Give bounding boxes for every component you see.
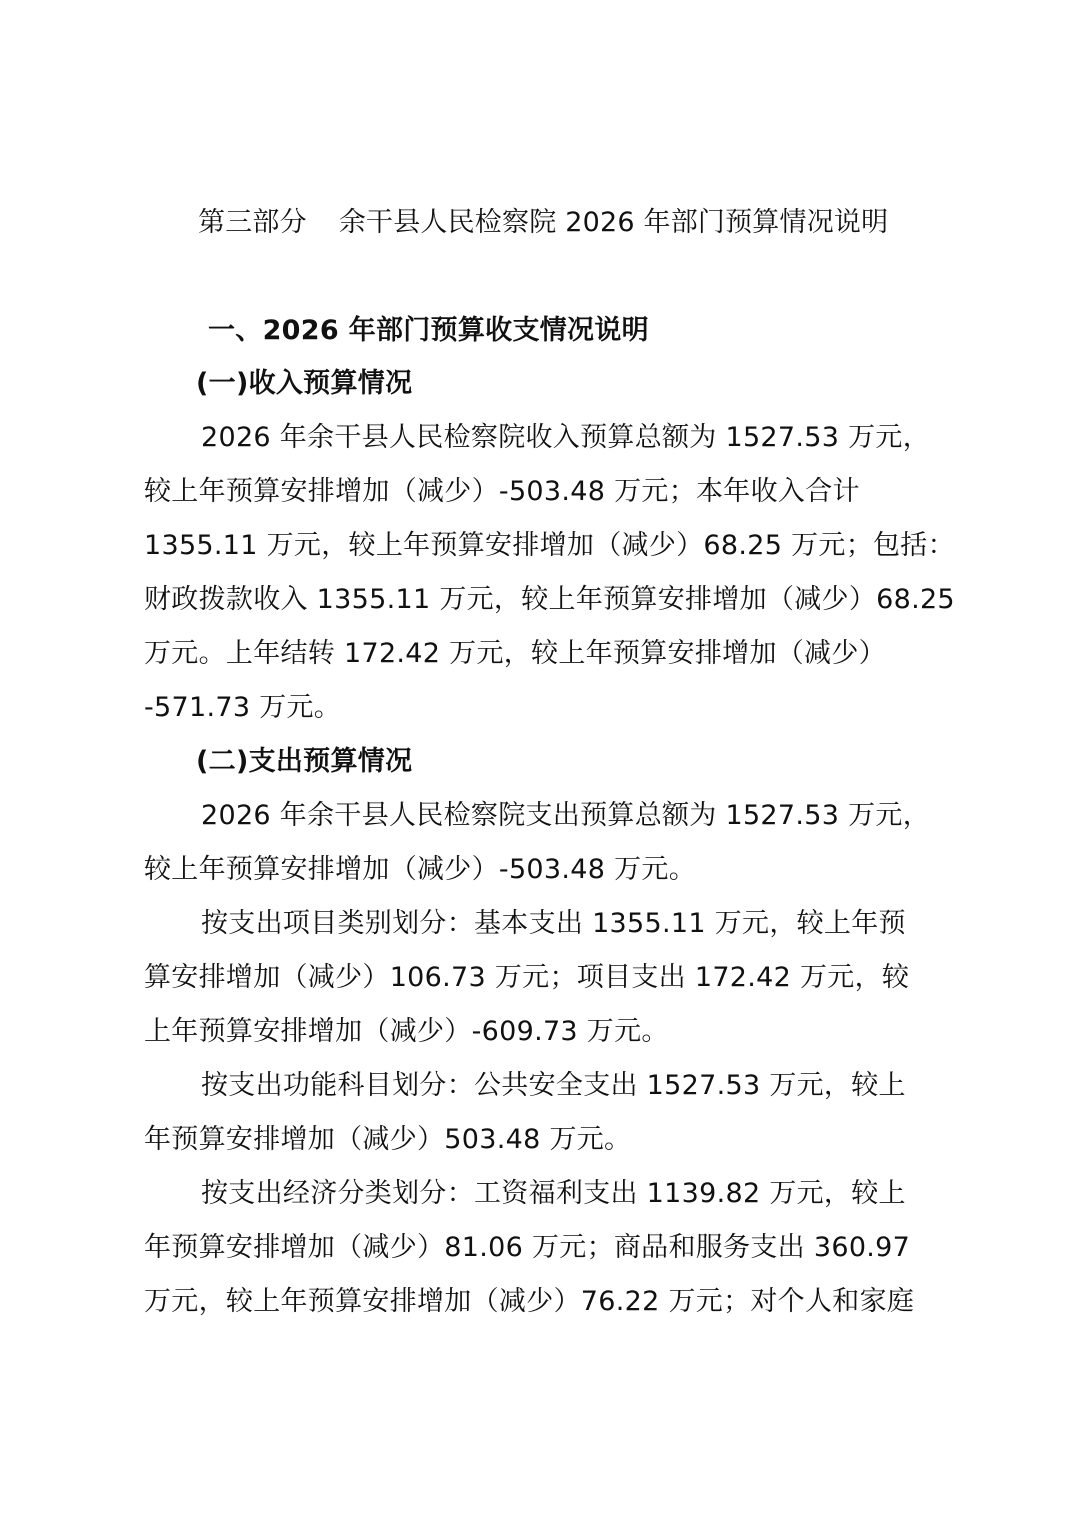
subsection-heading-income: (一)收入预算情况 [196, 364, 412, 404]
document-page: 第三部分余干县人民检察院 2026 年部门预算情况说明 一、2026 年部门预算… [0, 0, 1074, 1518]
subsection-heading-expenditure: (二)支出预算情况 [196, 742, 412, 782]
paragraph-line: 万元，较上年预算安排增加（减少）76.22 万元；对个人和家庭 [144, 1282, 914, 1322]
paragraph-line: 按支出项目类别划分：基本支出 1355.11 万元，较上年预 [201, 904, 906, 944]
paragraph-line: 较上年预算安排增加（减少）-503.48 万元；本年收入合计 [144, 472, 860, 512]
document-title: 第三部分余干县人民检察院 2026 年部门预算情况说明 [198, 203, 888, 243]
paragraph-line: 万元。上年结转 172.42 万元，较上年预算安排增加（减少） [144, 634, 886, 674]
paragraph-line: 按支出功能科目划分：公共安全支出 1527.53 万元，较上 [201, 1066, 906, 1106]
paragraph-line: 上年预算安排增加（减少）-609.73 万元。 [144, 1012, 669, 1052]
paragraph-line: 按支出经济分类划分：工资福利支出 1139.82 万元，较上 [201, 1174, 906, 1214]
title-main-text: 余干县人民检察院 2026 年部门预算情况说明 [339, 207, 888, 238]
paragraph-line: 年预算安排增加（减少）503.48 万元。 [144, 1120, 631, 1160]
title-part-label: 第三部分 [198, 207, 307, 238]
paragraph-line: 年预算安排增加（减少）81.06 万元；商品和服务支出 360.97 [144, 1228, 910, 1268]
paragraph-line: 财政拨款收入 1355.11 万元，较上年预算安排增加（减少）68.25 [144, 580, 955, 620]
paragraph-line: 算安排增加（减少）106.73 万元；项目支出 172.42 万元，较 [144, 958, 909, 998]
paragraph-line: 2026 年余干县人民检察院支出预算总额为 1527.53 万元， [201, 796, 930, 836]
section-heading-budget-overview: 一、2026 年部门预算收支情况说明 [208, 311, 649, 351]
paragraph-line: 2026 年余干县人民检察院收入预算总额为 1527.53 万元， [201, 418, 930, 458]
paragraph-line: 较上年预算安排增加（减少）-503.48 万元。 [144, 850, 696, 890]
paragraph-line: 1355.11 万元，较上年预算安排增加（减少）68.25 万元；包括： [144, 526, 955, 566]
paragraph-line: -571.73 万元。 [144, 688, 341, 728]
